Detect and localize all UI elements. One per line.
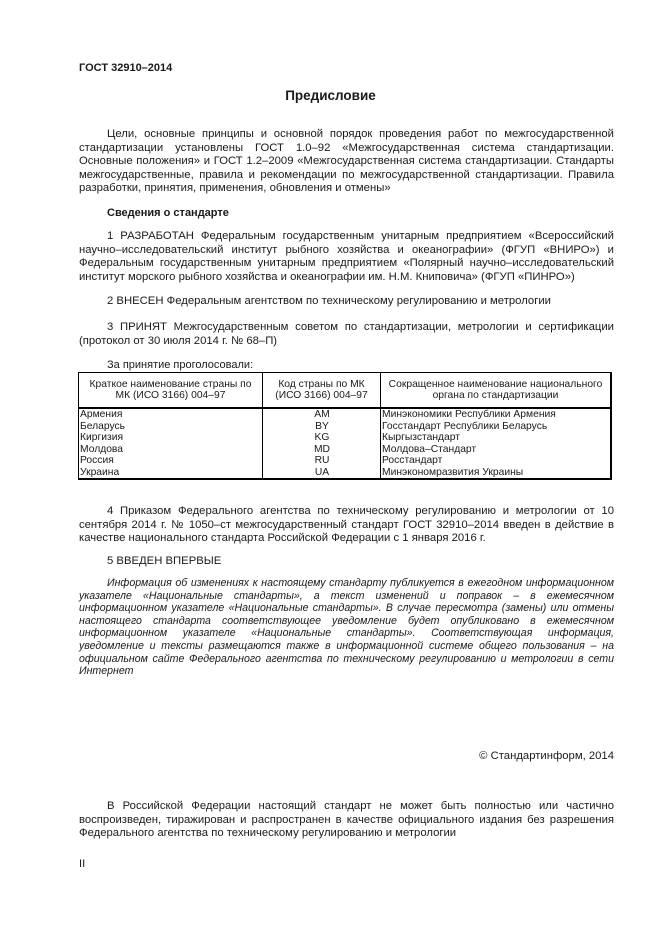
table-row: УкраинаUAМинэкономразвития Украины	[79, 467, 612, 480]
cell-code: AM	[263, 408, 381, 421]
item-5-first-introduced: 5 ВВЕДЕН ВПЕРВЫЕ	[79, 555, 614, 569]
item-1-developed: 1 РАЗРАБОТАН Федеральным государственным…	[79, 230, 614, 284]
cell-agency: Минэкономразвития Украины	[381, 467, 612, 480]
general-info-heading: Сведения о стандарте	[107, 207, 229, 219]
cell-country: Украина	[79, 467, 263, 480]
rights-paragraph: В Российской Федерации настоящий стандар…	[79, 800, 614, 841]
cell-country: Россия	[79, 455, 263, 467]
item-4-order: 4 Приказом Федерального агентства по тех…	[79, 505, 614, 546]
page-number: II	[79, 858, 85, 870]
cell-agency: Госстандарт Республики Беларусь	[381, 421, 612, 433]
table-row: МолдоваMDМолдова–Стандарт	[79, 444, 612, 456]
table-row: РоссияRUРосстандарт	[79, 455, 612, 467]
cell-code: RU	[263, 455, 381, 467]
cell-agency: Росстандарт	[381, 455, 612, 467]
cell-country: Армения	[79, 408, 263, 421]
item-3-adopted: 3 ПРИНЯТ Межгосударственным советом по с…	[79, 321, 614, 348]
document-code: ГОСТ 32910–2014	[79, 62, 172, 74]
notice-paragraph: Информация об изменениях к настоящему ст…	[79, 577, 614, 678]
cell-country: Молдова	[79, 444, 263, 456]
cell-agency: Кыргызстандарт	[381, 432, 612, 444]
cell-country: Беларусь	[79, 421, 263, 433]
cell-agency: Минэкономики Республики Армения	[381, 408, 612, 421]
cell-code: KG	[263, 432, 381, 444]
item-2-submitted: 2 ВНЕСЕН Федеральным агентством по техни…	[79, 295, 614, 309]
page-title: Предисловие	[0, 88, 661, 103]
vote-table-header: Краткое наименование страны по МК (ИСО 3…	[79, 373, 612, 409]
header-code: Код страны по МК (ИСО 3166) 004–97	[263, 373, 381, 409]
cell-agency: Молдова–Стандарт	[381, 444, 612, 456]
table-row: БеларусьBYГосстандарт Республики Беларус…	[79, 421, 612, 433]
header-country: Краткое наименование страны по МК (ИСО 3…	[79, 373, 263, 409]
header-agency: Сокращенное наименование национального о…	[381, 373, 612, 409]
table-row: КиргизияKGКыргызстандарт	[79, 432, 612, 444]
cell-country: Киргизия	[79, 432, 263, 444]
intro-paragraph: Цели, основные принципы и основной поряд…	[79, 128, 614, 196]
cell-code: UA	[263, 467, 381, 480]
vote-table: Краткое наименование страны по МК (ИСО 3…	[78, 372, 612, 480]
cell-code: BY	[263, 421, 381, 433]
vote-table-caption: За принятие проголосовали:	[107, 359, 253, 371]
table-row: АрменияAMМинэкономики Республики Армения	[79, 408, 612, 421]
cell-code: MD	[263, 444, 381, 456]
copyright: © Стандартинформ, 2014	[479, 750, 614, 762]
